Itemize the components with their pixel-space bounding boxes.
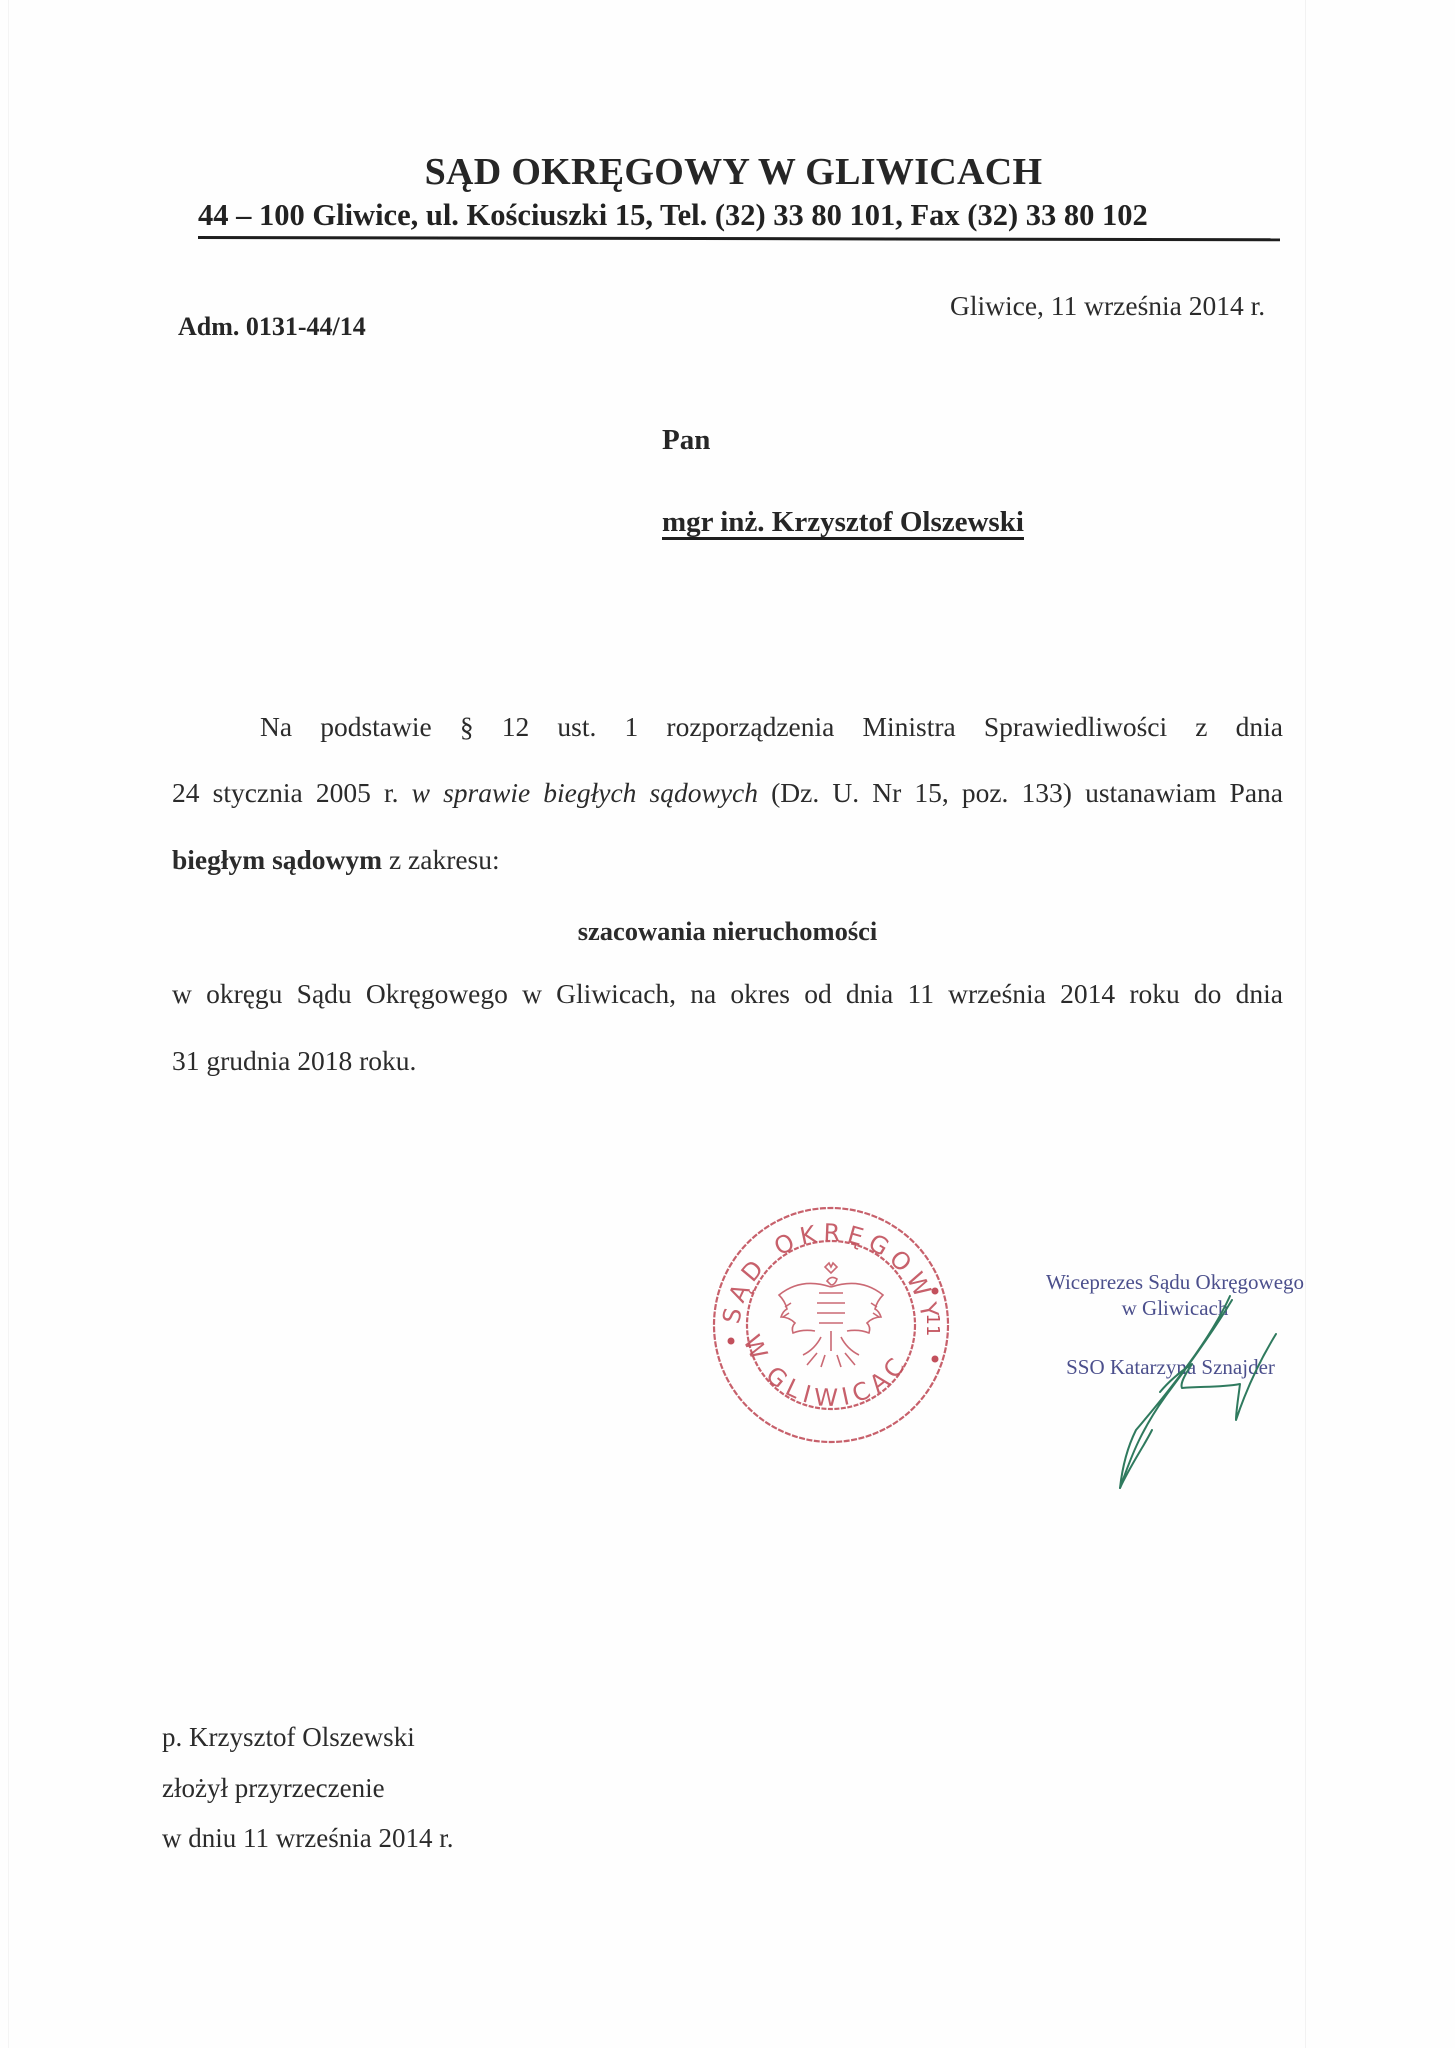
scan-edge-left [8, 0, 9, 2048]
reference-number: Adm. 0131-44/14 [178, 312, 366, 342]
body-line-3: biegłym sądowym z zakresu: [172, 845, 1283, 875]
court-name-heading: SĄD OKRĘGOWY W GLIWICACH [0, 150, 1455, 194]
body-line-6: 31 grudnia 2018 roku. [172, 1046, 1283, 1076]
scan-edge-right [1305, 0, 1306, 2048]
regulation-title: w sprawie biegłych sądowych [412, 777, 758, 808]
oath-note-date: w dniu 11 września 2014 r. [162, 1823, 453, 1854]
recipient-name: mgr inż. Krzysztof Olszewski [662, 507, 1024, 540]
body-line-1-text: Na podstawie § 12 ust. 1 rozporządzenia … [260, 711, 1283, 742]
expertise-scope: szacowania nieruchomości [172, 916, 1283, 946]
document-page: SĄD OKRĘGOWY W GLIWICACH 44 – 100 Gliwic… [0, 0, 1455, 2048]
court-address: 44 – 100 Gliwice, ul. Kościuszki 15, Tel… [198, 198, 1148, 233]
stamp-side-number: 11 [922, 1314, 943, 1337]
body-line-5: w okręgu Sądu Okręgowego w Gliwicach, na… [172, 979, 1283, 1009]
court-seal-stamp: SĄD OKRĘGOWY W GLIWICACH 11 [709, 1203, 953, 1447]
regulation-date: 24 stycznia 2005 r. [172, 777, 412, 808]
eagle-emblem-icon [779, 1263, 883, 1367]
scope-intro: z zakresu: [382, 844, 500, 875]
letterhead-divider [198, 236, 1280, 241]
handwritten-signature [1100, 1280, 1300, 1500]
oath-note-statement: złożył przyrzeczenie [162, 1773, 385, 1804]
regulation-citation: (Dz. U. Nr 15, poz. 133) ustanawiam Pana [758, 777, 1283, 808]
place-and-date: Gliwice, 11 września 2014 r. [950, 290, 1265, 322]
body-line-1: Na podstawie § 12 ust. 1 rozporządzenia … [172, 712, 1283, 742]
oath-note-name: p. Krzysztof Olszewski [162, 1722, 415, 1753]
recipient-salutation: Pan [662, 424, 710, 457]
body-line-2: 24 stycznia 2005 r. w sprawie biegłych s… [172, 778, 1283, 808]
expert-role: biegłym sądowym [172, 844, 382, 875]
